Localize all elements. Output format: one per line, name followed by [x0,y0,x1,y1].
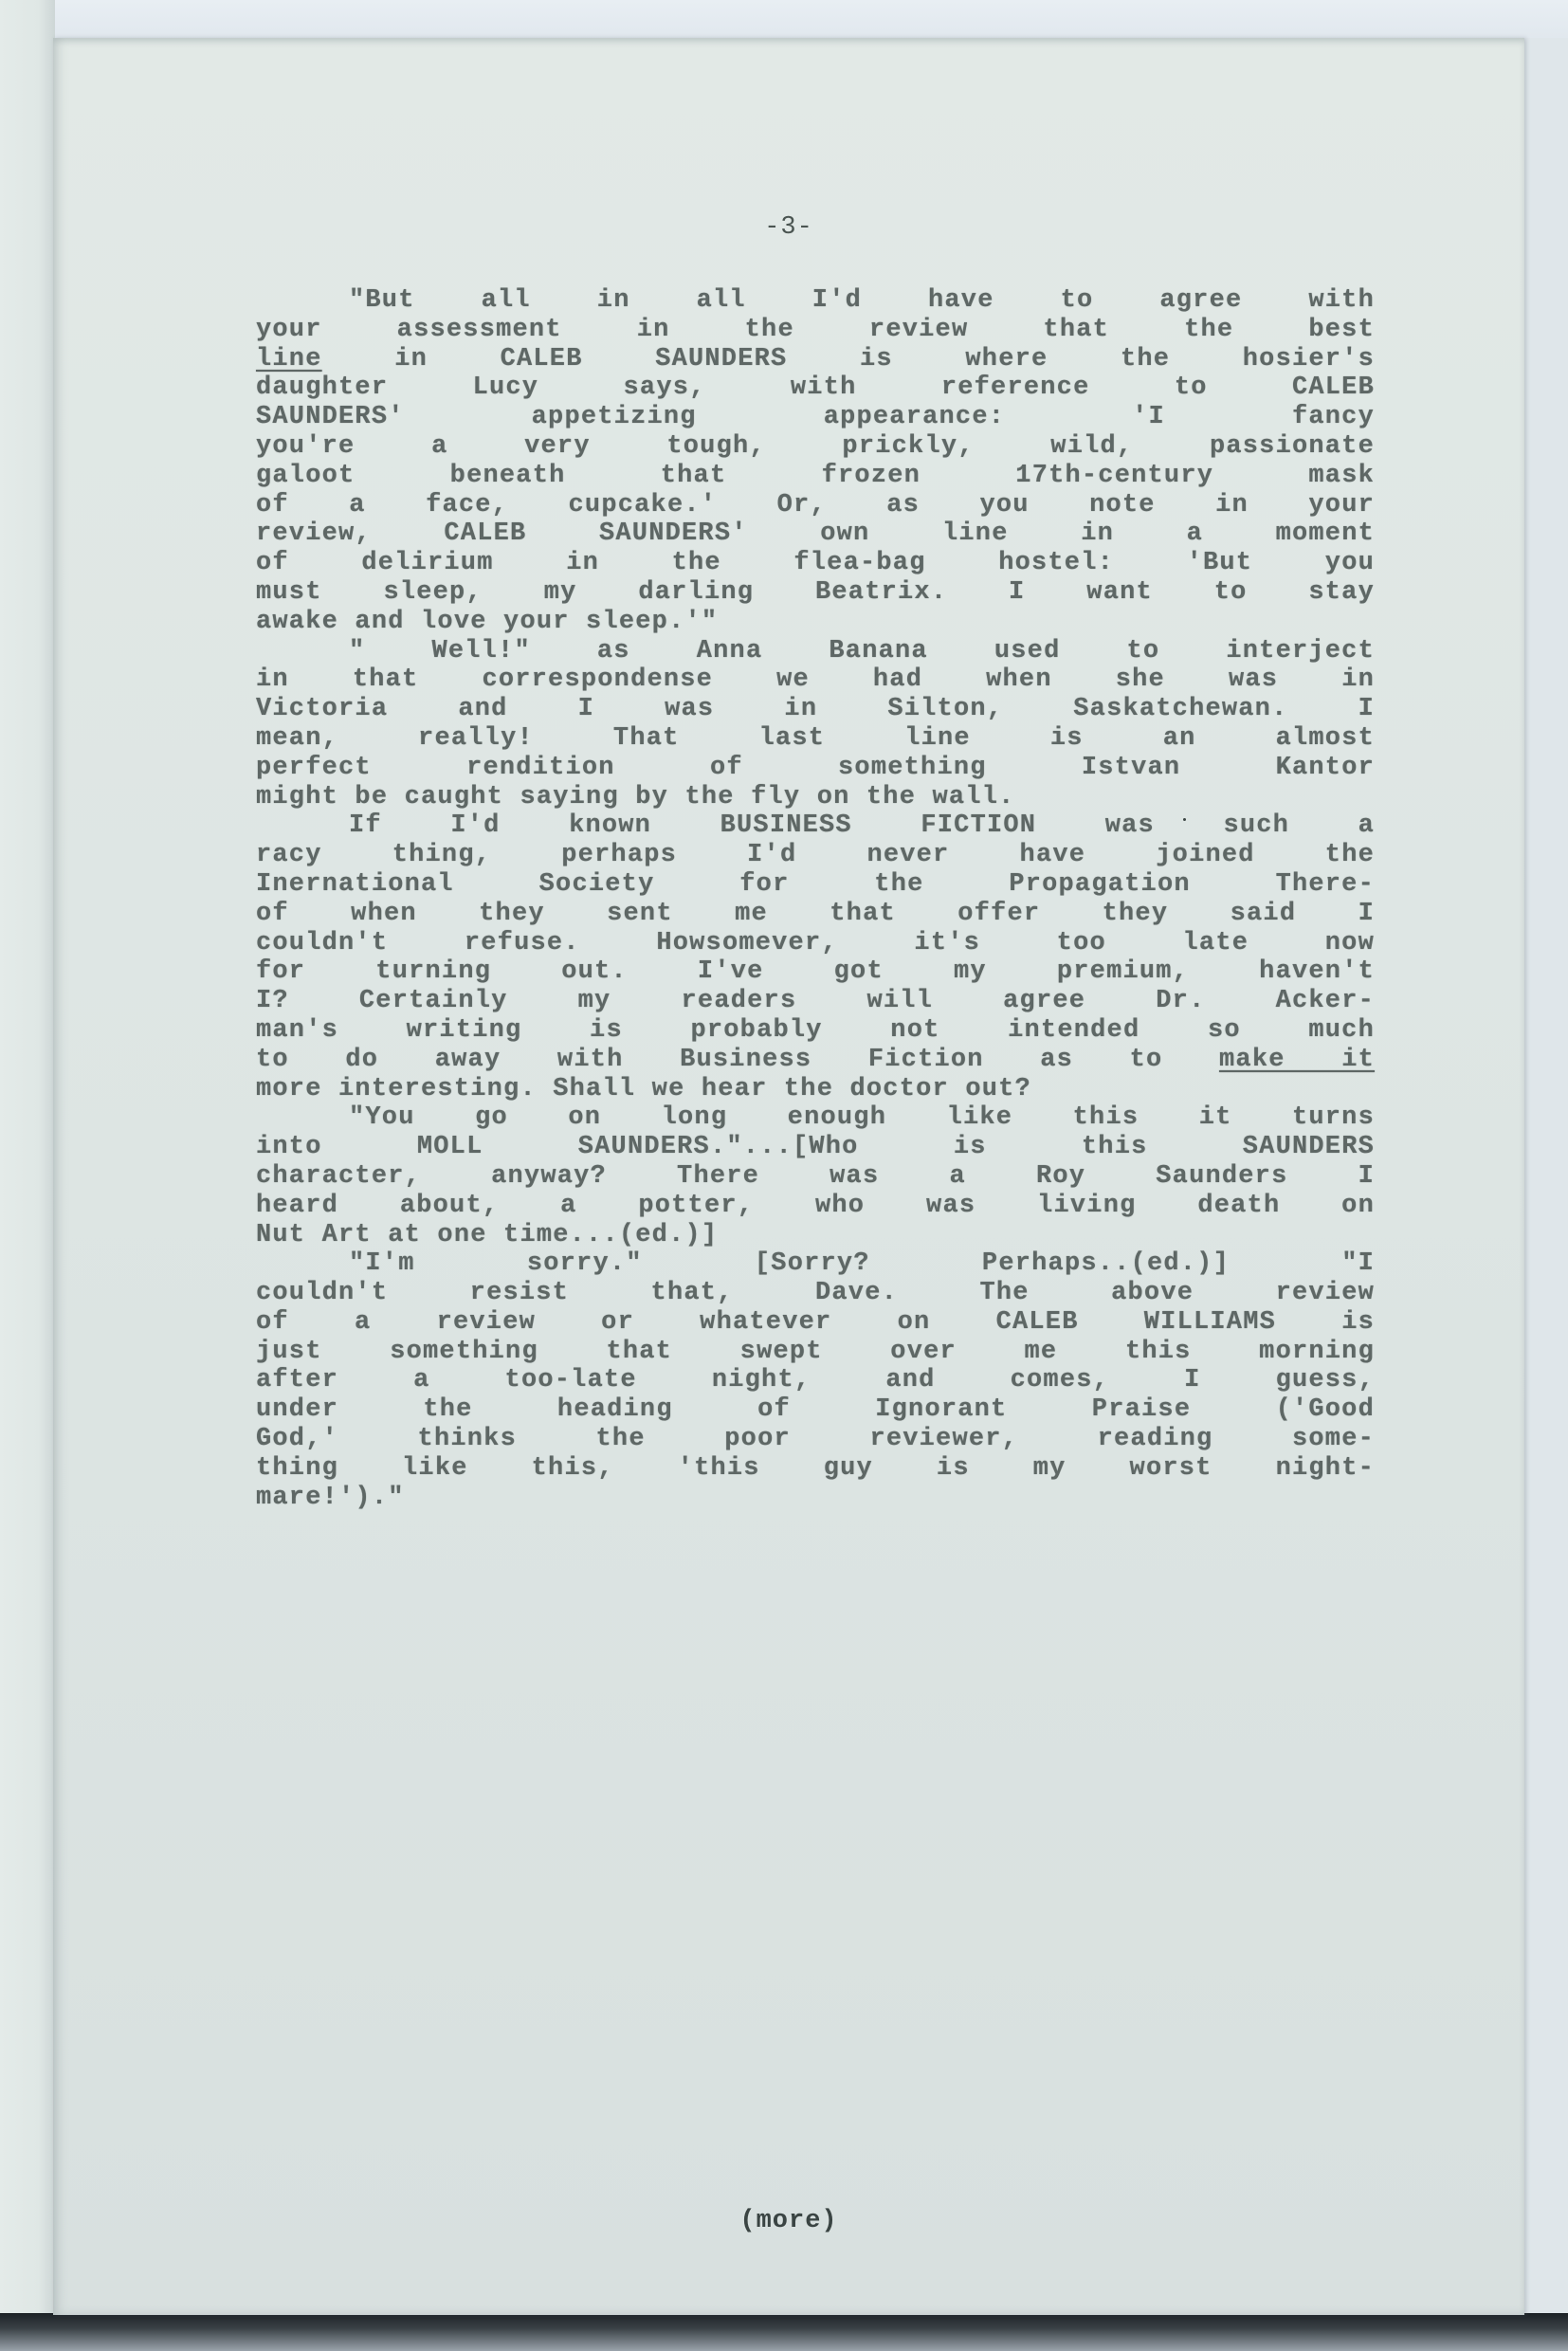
text-line: your assessment in the review that the b… [256,316,1375,345]
text-line: thing like this, 'this guy is my worst n… [256,1454,1375,1484]
text-line: of when they sent me that offer they sai… [256,900,1375,929]
text-line: racy thing, perhaps I'd never have joine… [256,841,1375,870]
body-text: "But all in all I'd have to agree withyo… [256,286,1375,1512]
text-line: I? Certainly my readers will agree Dr. A… [256,987,1375,1016]
text-line: into MOLL SAUNDERS."...[Who is this SAUN… [256,1133,1375,1162]
text-line: mare!')." [256,1484,1375,1513]
text-line: of a face, cupcake.' Or, as you note in … [256,491,1375,520]
text-line: in that correspondense we had when she w… [256,665,1375,695]
text-line: more interesting. Shall we hear the doct… [256,1075,1375,1104]
page-number: -3- [53,213,1524,242]
text-line: galoot beneath that frozen 17th-century … [256,462,1375,491]
text-line: line in CALEB SAUNDERS is where the hosi… [256,345,1375,374]
text-line: "But all in all I'd have to agree with [256,286,1375,316]
text-line: Victoria and I was in Silton, Saskatchew… [256,695,1375,724]
photo-backdrop-bottom [0,2313,1568,2351]
text-line: of delirium in the flea-bag hostel: 'But… [256,549,1375,578]
text-line: under the heading of Ignorant Praise ('G… [256,1395,1375,1425]
ink-speck [1183,818,1186,821]
text-line: mean, really! That last line is an almos… [256,724,1375,754]
text-line: perfect rendition of something Istvan Ka… [256,754,1375,783]
text-line: God,' thinks the poor reviewer, reading … [256,1425,1375,1454]
text-line: review, CALEB SAUNDERS' own line in a mo… [256,519,1375,549]
text-line: "I'm sorry." [Sorry? Perhaps..(ed.)] "I [256,1249,1375,1279]
underlined-word: line [256,345,322,374]
text-line: heard about, a potter, who was living de… [256,1192,1375,1221]
text-line: just something that swept over me this m… [256,1338,1375,1367]
text-line: daughter Lucy says, with reference to CA… [256,374,1375,403]
text-line: Nut Art at one time...(ed.)] [256,1221,1375,1250]
text-line: man's writing is probably not intended s… [256,1016,1375,1046]
text-line: "You go on long enough like this it turn… [256,1103,1375,1133]
text-line: character, anyway? There was a Roy Saund… [256,1162,1375,1192]
continuation-label: (more) [53,2207,1524,2235]
underlined-word: make it [1219,1046,1375,1074]
text-line: SAUNDERS' appetizing appearance: 'I fanc… [256,403,1375,432]
text-line: might be caught saying by the fly on the… [256,783,1375,812]
text-line: couldn't resist that, Dave. The above re… [256,1279,1375,1308]
text-line: Inernational Society for the Propagation… [256,870,1375,900]
text-line: must sleep, my darling Beatrix. I want t… [256,578,1375,608]
text-line: If I'd known BUSINESS FICTION was such a [256,811,1375,841]
text-line: to do away with Business Fiction as to m… [256,1046,1375,1075]
text-line: " Well!" as Anna Banana used to interjec… [256,637,1375,666]
text-line: after a too-late night, and comes, I gue… [256,1366,1375,1395]
text-line: of a review or whatever on CALEB WILLIAM… [256,1308,1375,1338]
text-line: awake and love your sleep.'" [256,608,1375,637]
text-line: you're a very tough, prickly, wild, pass… [256,432,1375,462]
text-line: for turning out. I've got my premium, ha… [256,957,1375,987]
text-line: couldn't refuse. Howsomever, it's too la… [256,929,1375,958]
photo-backdrop-top [0,0,1568,38]
facing-page-spine [0,0,55,2351]
typewritten-page: -3- "But all in all I'd have to agree wi… [53,38,1524,2315]
